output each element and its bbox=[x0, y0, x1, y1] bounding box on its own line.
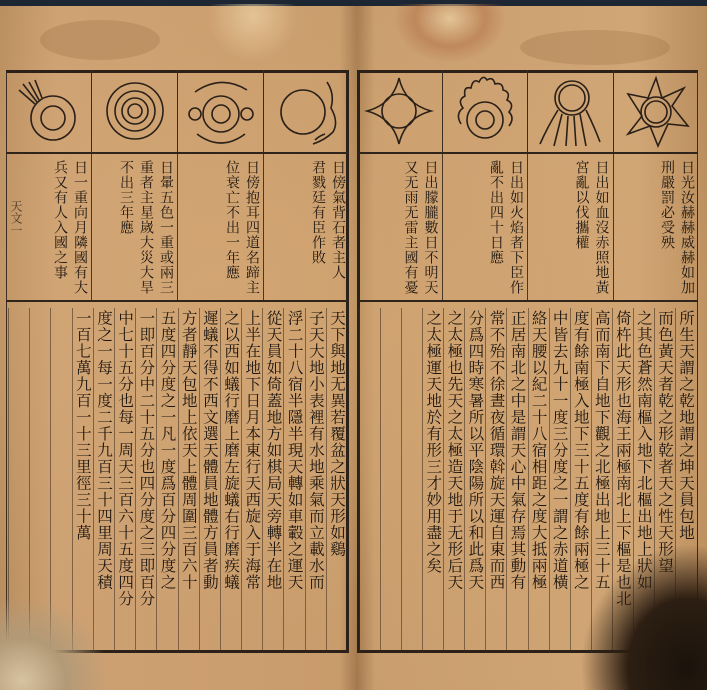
text-line bbox=[359, 308, 380, 653]
text-line: 之以西如蟻行磨上磨左旋蟻右行磨疾蟻 bbox=[220, 308, 241, 653]
diagram-flaming-sun bbox=[443, 70, 529, 152]
sun-corona-icon bbox=[11, 74, 87, 148]
text-line: 絡天腰以紀二十八宿相距之度大抵兩極 bbox=[528, 308, 549, 653]
diagram-sun-with-ears bbox=[178, 70, 264, 152]
text-line: 中七十五分也每一周天三百六十五度四分 bbox=[114, 308, 135, 653]
text-line: 遲蟻不得不西文選天體員地體方員者動 bbox=[199, 308, 220, 653]
text-line: 從天員如倚蓋地方如棋局天旁轉半在地 bbox=[262, 308, 283, 653]
sun-diamond-icon bbox=[361, 74, 437, 148]
sun-rays-icon bbox=[532, 74, 608, 148]
concentric-rings-icon bbox=[97, 74, 173, 148]
caption-diagram-4: 日傍氣背石者主人 君戮廷有臣作敗 bbox=[263, 154, 349, 300]
text-line: 天下與地无異若覆盆之狀天形如鷄 bbox=[326, 308, 347, 653]
text-line bbox=[401, 308, 422, 653]
caption-diagram-1: 日出朦朧數日不明天 又无雨无雷主國有憂 bbox=[357, 154, 442, 300]
caption-line: 日光汝赫赫威赫如加 bbox=[676, 158, 696, 300]
caption-diagram-2: 日暈五色一重或兩三 重者主星嵗大災大旱 不出三年應 bbox=[91, 154, 177, 300]
caption-diagram-3: 日出如血沒赤照地黃 宮亂以伐攜權 bbox=[527, 154, 613, 300]
scan-top-edge bbox=[0, 0, 707, 6]
text-line bbox=[380, 308, 401, 653]
sun-with-ears-icon bbox=[183, 74, 259, 148]
text-line: 五度四分度之一凡一度爲百分四分度之 bbox=[156, 308, 177, 653]
caption-diagram-4: 日光汝赫赫威赫如加 刑嚴罰必受殃 bbox=[613, 154, 699, 300]
book-spread: 日傍氣背石者主人 君戮廷有臣作敗 日傍抱耳四道名蹄主 位衰亡不出一年應 日暈五色… bbox=[0, 0, 707, 690]
caption-line: 日一重向月隣國有大 bbox=[69, 158, 89, 300]
diagram-row bbox=[6, 70, 349, 154]
diagram-row bbox=[357, 70, 698, 154]
star-sun-icon bbox=[618, 74, 694, 148]
caption-row: 日傍氣背石者主人 君戮廷有臣作敗 日傍抱耳四道名蹄主 位衰亡不出一年應 日暈五色… bbox=[6, 154, 349, 302]
text-line: 上半在地下日月本東行天西旋入于海常 bbox=[241, 308, 262, 653]
caption-diagram-2: 日出如火焰者下臣作 亂不出四十日應 bbox=[442, 154, 528, 300]
caption-line: 兵又有人入國之事 bbox=[49, 158, 69, 300]
caption-line: 宮亂以伐攜權 bbox=[571, 158, 591, 300]
caption-line: 日出如血沒赤照地黃 bbox=[591, 158, 611, 300]
sun-dragon-cloud-icon bbox=[269, 74, 345, 148]
caption-line: 君戮廷有臣作敗 bbox=[307, 158, 327, 300]
top-tear-right bbox=[395, 4, 505, 62]
text-line: 常不殆不徐晝夜循環斡旋天運自東而西 bbox=[485, 308, 506, 653]
text-line: 之太極也先天之太極造天地于无形后天 bbox=[443, 308, 464, 653]
flaming-sun-icon bbox=[447, 74, 523, 148]
caption-line: 重者主星嵗大災大旱 bbox=[135, 158, 155, 300]
caption-line: 刑嚴罰必受殃 bbox=[656, 158, 676, 300]
caption-row: 日光汝赫赫威赫如加 刑嚴罰必受殃 日出如血沒赤照地黃 宮亂以伐攜權 日出如火焰者… bbox=[357, 154, 698, 302]
text-line: 正居南北之中是謂天心中氣存焉其動有 bbox=[506, 308, 527, 653]
caption-line: 不出三年應 bbox=[115, 158, 135, 300]
caption-line: 日出朦朧數日不明天 bbox=[420, 158, 440, 300]
caption-line: 日出如火焰者下臣作 bbox=[505, 158, 525, 300]
text-line: 分爲四時寒暑所以平陰陽所以和此爲天 bbox=[464, 308, 485, 653]
caption-line: 亂不出四十日應 bbox=[485, 158, 505, 300]
text-line: 方者靜天包地上依天上體周圍三百六十 bbox=[178, 308, 199, 653]
text-line: 中皆去九十一度三分度之一謂之赤道橫 bbox=[549, 308, 570, 653]
caption-line: 日傍抱耳四道名蹄主 bbox=[241, 158, 261, 300]
top-tear-left bbox=[208, 4, 298, 62]
margin-note: 天文一 bbox=[8, 200, 25, 236]
bottom-left-damage bbox=[0, 595, 110, 690]
caption-line: 又无雨无雷主國有憂 bbox=[400, 158, 420, 300]
caption-line: 位衰亡不出一年應 bbox=[221, 158, 241, 300]
caption-line: 日暈五色一重或兩三 bbox=[155, 158, 175, 300]
diagram-sun-in-diamond bbox=[357, 70, 443, 152]
left-page: 日傍氣背石者主人 君戮廷有臣作敗 日傍抱耳四道名蹄主 位衰亡不出一年應 日暈五色… bbox=[6, 70, 349, 653]
bottom-right-damage bbox=[577, 540, 707, 690]
text-line: 一即百分中二十五分也四分度之三即百分 bbox=[135, 308, 156, 653]
diagram-concentric-rings bbox=[92, 70, 178, 152]
text-line: 浮二十八宿半隱半現天轉如車轂之運天 bbox=[283, 308, 304, 653]
diagram-star-pointed-sun bbox=[614, 70, 699, 152]
diagram-sun-with-corona-tail bbox=[6, 70, 92, 152]
diagram-sun-with-streaming-rays bbox=[528, 70, 614, 152]
caption-diagram-3: 日傍抱耳四道名蹄主 位衰亡不出一年應 bbox=[177, 154, 263, 300]
caption-line: 日傍氣背石者主人 bbox=[327, 158, 347, 300]
diagram-sun-with-dragon-cloud bbox=[264, 70, 349, 152]
text-line: 之太極運天地於有形三才妙用盡之矣 bbox=[422, 308, 443, 653]
text-line: 子天大地小表裡有水地乘氣而立載水而 bbox=[305, 308, 326, 653]
